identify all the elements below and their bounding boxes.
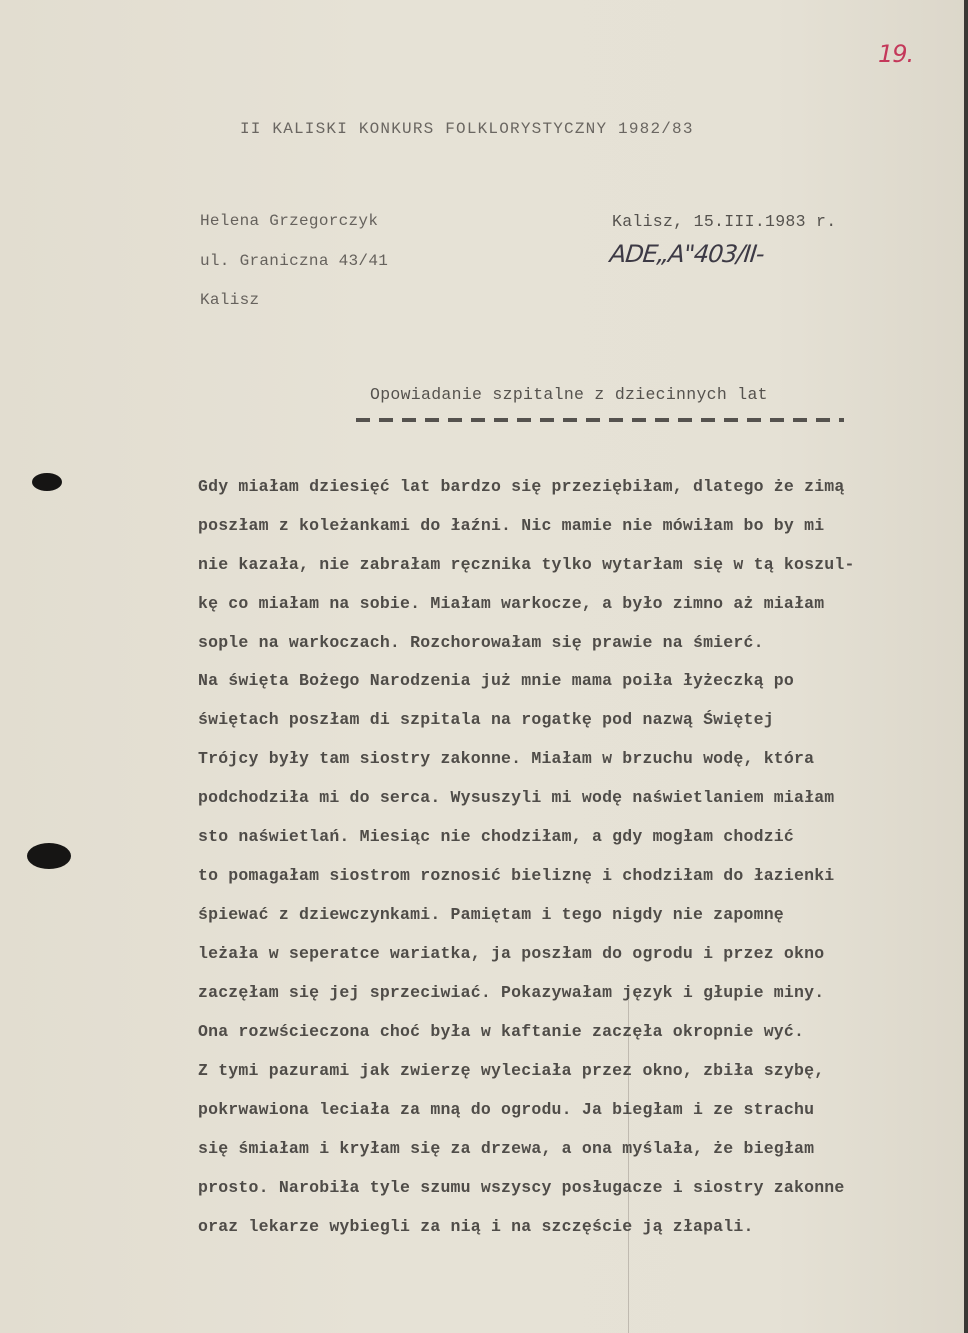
body-line: Ona rozwścieczona choć była w kaftanie z… [198,1022,804,1041]
body-line: poszłam z koleżankami do łaźni. Nic mami… [198,516,824,535]
contest-heading: II KALISKI KONKURS FOLKLORYSTYCZNY 1982/… [240,120,694,138]
body-line: się śmiałam i kryłam się za drzewa, a on… [198,1139,814,1158]
body-line: Trójcy były tam siostry zakonne. Miałam … [198,749,814,768]
scanned-page: 19. II KALISKI KONKURS FOLKLORYSTYCZNY 1… [0,0,968,1333]
sender-city: Kalisz [200,291,259,309]
page-number: 19. [878,40,913,68]
body-line: nie kazała, nie zabrałam ręcznika tylko … [198,555,855,574]
sender-street: ul. Graniczna 43/41 [200,252,388,270]
body-line: oraz lekarze wybiegli za nią i na szczęś… [198,1217,754,1236]
body-line: kę co miałam na sobie. Miałam warkocze, … [198,594,824,613]
title-dashed-underline [356,418,844,422]
body-line: podchodziła mi do serca. Wysuszyli mi wo… [198,788,834,807]
body-line: śpiewać z dziewczynkami. Pamiętam i tego… [198,905,784,924]
sender-name: Helena Grzegorczyk [200,212,378,230]
body-line: prosto. Narobiła tyle szumu wszyscy posł… [198,1178,845,1197]
punch-hole-mark [27,843,71,869]
body-line: Z tymi pazurami jak zwierzę wyleciała pr… [198,1061,824,1080]
story-title: Opowiadanie szpitalne z dziecinnych lat [370,385,768,404]
punch-hole-mark [32,473,62,491]
scan-edge [964,0,968,1333]
body-line: Gdy miałam dziesięć lat bardzo się przez… [198,477,845,496]
body-line: sople na warkoczach. Rozchorowałam się p… [198,633,764,652]
body-line: świętach poszłam di szpitala na rogatkę … [198,710,774,729]
archive-signature: ADE„A"403/II- [609,240,766,268]
body-line: sto naświetlań. Miesiąc nie chodziłam, a… [198,827,794,846]
paper-fold-crease [628,1000,629,1333]
body-line: zaczęłam się jej sprzeciwiać. Pokazywała… [198,983,824,1002]
body-line: pokrwawiona leciała za mną do ogrodu. Ja… [198,1100,814,1119]
body-line: Na święta Bożego Narodzenia już mnie mam… [198,671,794,690]
dateline: Kalisz, 15.III.1983 r. [612,212,836,231]
body-line: to pomagałam siostrom roznosić bieliznę … [198,866,834,885]
body-line: leżała w seperatce wariatka, ja poszłam … [198,944,824,963]
